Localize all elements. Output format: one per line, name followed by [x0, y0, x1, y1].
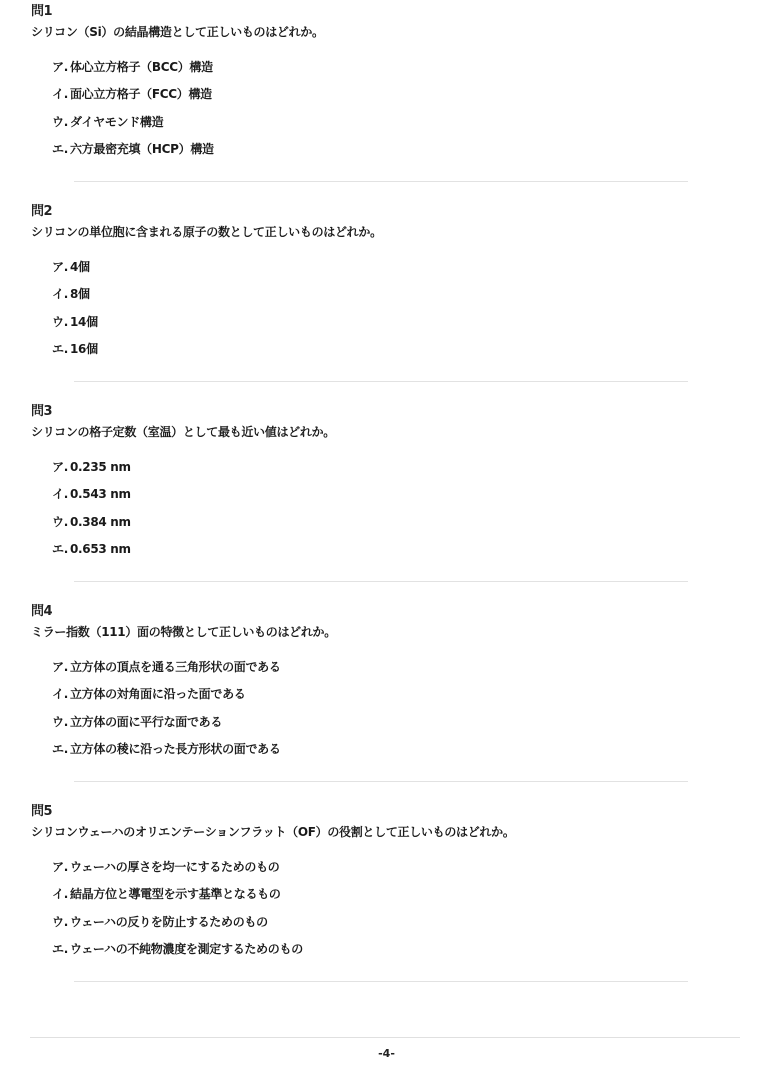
question-text: シリコンの格子定数（室温）として最も近い値はどれか。 — [31, 423, 335, 440]
question-number: 問5 — [31, 800, 52, 819]
option-text: 立方体の面に平行な面である — [70, 715, 222, 729]
option-text: 0.384 nm — [70, 515, 131, 529]
question-4: 問4 ミラー指数（111）面の特徴として正しいものはどれか。 ア.立方体の頂点を… — [0, 600, 773, 800]
question-number: 問2 — [31, 200, 52, 219]
exam-page: 問1 シリコン（Si）の結晶構造として正しいものはどれか。 ア.体心立方格子（B… — [0, 0, 773, 1080]
option-list: ア.4個 イ.8個 ウ.14個 エ.16個 — [52, 258, 98, 367]
question-number: 問4 — [31, 600, 52, 619]
option-text: 立方体の対角面に沿った面である — [70, 687, 246, 701]
option-text: 立方体の稜に沿った長方形状の面である — [70, 742, 281, 756]
option-label: ア. — [52, 58, 68, 76]
question-text: シリコンウェーハのオリエンテーションフラット（OF）の役割として正しいものはどれ… — [31, 823, 515, 840]
footer-divider — [30, 1037, 740, 1038]
option-text: ウェーハの反りを防止するためのもの — [70, 915, 268, 929]
option-label: イ. — [52, 485, 68, 503]
question-1: 問1 シリコン（Si）の結晶構造として正しいものはどれか。 ア.体心立方格子（B… — [0, 0, 773, 200]
option-text: 0.653 nm — [70, 542, 131, 556]
option-list: ア.立方体の頂点を通る三角形状の面である イ.立方体の対角面に沿った面である ウ… — [52, 658, 281, 767]
option-a: ア.0.235 nm — [52, 458, 131, 485]
option-label: エ. — [52, 940, 68, 958]
question-text: シリコン（Si）の結晶構造として正しいものはどれか。 — [31, 23, 324, 40]
option-label: エ. — [52, 740, 68, 758]
option-u: ウ.ウェーハの反りを防止するためのもの — [52, 913, 303, 940]
option-label: ア. — [52, 458, 68, 476]
option-a: ア.ウェーハの厚さを均一にするためのもの — [52, 858, 303, 885]
option-text: 8個 — [70, 287, 90, 301]
option-label: ウ. — [52, 313, 68, 331]
option-text: 体心立方格子（BCC）構造 — [70, 60, 213, 74]
option-list: ア.ウェーハの厚さを均一にするためのもの イ.結晶方位と導電型を示す基準となるも… — [52, 858, 303, 967]
option-text: 面心立方格子（FCC）構造 — [70, 87, 212, 101]
option-u: ウ.ダイヤモンド構造 — [52, 113, 214, 140]
option-a: ア.4個 — [52, 258, 98, 285]
option-u: ウ.立方体の面に平行な面である — [52, 713, 281, 740]
option-a: ア.体心立方格子（BCC）構造 — [52, 58, 214, 85]
option-text: ウェーハの不純物濃度を測定するためのもの — [70, 942, 303, 956]
option-text: 結晶方位と導電型を示す基準となるもの — [70, 887, 281, 901]
option-list: ア.体心立方格子（BCC）構造 イ.面心立方格子（FCC）構造 ウ.ダイヤモンド… — [52, 58, 214, 167]
option-label: イ. — [52, 285, 68, 303]
question-text: ミラー指数（111）面の特徴として正しいものはどれか。 — [31, 623, 336, 640]
option-text: 16個 — [70, 342, 98, 356]
option-a: ア.立方体の頂点を通る三角形状の面である — [52, 658, 281, 685]
option-label: ウ. — [52, 113, 68, 131]
option-label: ウ. — [52, 513, 68, 531]
question-text: シリコンの単位胞に含まれる原子の数として正しいものはどれか。 — [31, 223, 382, 240]
section-divider — [74, 981, 688, 982]
option-label: イ. — [52, 85, 68, 103]
option-label: エ. — [52, 340, 68, 358]
option-text: 立方体の頂点を通る三角形状の面である — [70, 660, 281, 674]
question-2: 問2 シリコンの単位胞に含まれる原子の数として正しいものはどれか。 ア.4個 イ… — [0, 200, 773, 400]
option-text: 0.543 nm — [70, 487, 131, 501]
option-text: ウェーハの厚さを均一にするためのもの — [70, 860, 280, 874]
page-number: -4- — [0, 1047, 773, 1060]
question-3: 問3 シリコンの格子定数（室温）として最も近い値はどれか。 ア.0.235 nm… — [0, 400, 773, 600]
option-list: ア.0.235 nm イ.0.543 nm ウ.0.384 nm エ.0.653… — [52, 458, 131, 567]
section-divider — [74, 581, 688, 582]
option-text: 4個 — [70, 260, 90, 274]
option-e: エ.16個 — [52, 340, 98, 367]
section-divider — [74, 181, 688, 182]
option-text: 0.235 nm — [70, 460, 131, 474]
option-i: イ.結晶方位と導電型を示す基準となるもの — [52, 885, 303, 912]
option-label: ウ. — [52, 713, 68, 731]
option-e: エ.0.653 nm — [52, 540, 131, 567]
option-label: エ. — [52, 140, 68, 158]
option-text: 14個 — [70, 315, 98, 329]
option-u: ウ.14個 — [52, 313, 98, 340]
question-5: 問5 シリコンウェーハのオリエンテーションフラット（OF）の役割として正しいもの… — [0, 800, 773, 1000]
section-divider — [74, 381, 688, 382]
option-i: イ.面心立方格子（FCC）構造 — [52, 85, 214, 112]
option-i: イ.立方体の対角面に沿った面である — [52, 685, 281, 712]
option-e: エ.立方体の稜に沿った長方形状の面である — [52, 740, 281, 767]
option-label: ア. — [52, 658, 68, 676]
option-e: エ.ウェーハの不純物濃度を測定するためのもの — [52, 940, 303, 967]
question-number: 問1 — [31, 0, 52, 19]
option-i: イ.0.543 nm — [52, 485, 131, 512]
option-u: ウ.0.384 nm — [52, 513, 131, 540]
option-label: ウ. — [52, 913, 68, 931]
option-label: イ. — [52, 685, 68, 703]
option-label: エ. — [52, 540, 68, 558]
option-label: イ. — [52, 885, 68, 903]
option-label: ア. — [52, 258, 68, 276]
section-divider — [74, 781, 688, 782]
question-number: 問3 — [31, 400, 52, 419]
option-text: ダイヤモンド構造 — [70, 115, 163, 129]
option-label: ア. — [52, 858, 68, 876]
option-text: 六方最密充填（HCP）構造 — [70, 142, 214, 156]
option-i: イ.8個 — [52, 285, 98, 312]
option-e: エ.六方最密充填（HCP）構造 — [52, 140, 214, 167]
